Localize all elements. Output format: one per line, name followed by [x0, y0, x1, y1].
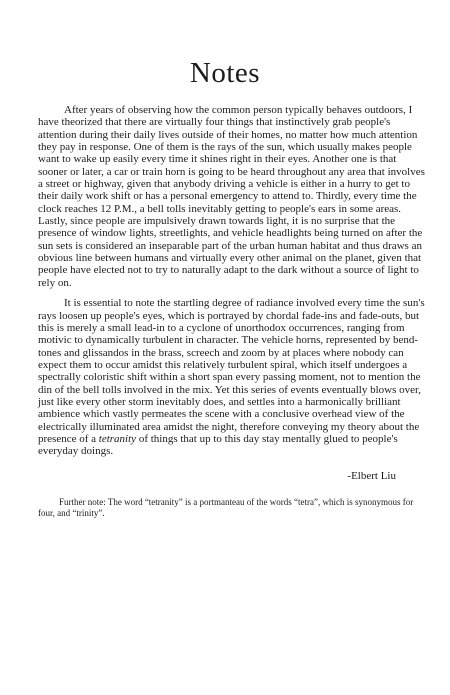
footnote: Further note: The word “tetranity” is a …: [38, 497, 427, 518]
paragraph-2-text-start: It is essential to note the startling de…: [38, 297, 425, 445]
document-body: After years of observing how the common …: [38, 104, 427, 518]
page-title: Notes: [0, 0, 450, 90]
paragraph-1: After years of observing how the common …: [38, 104, 427, 289]
paragraph-2: It is essential to note the startling de…: [38, 297, 427, 457]
paragraph-2-italic-term: tetranity: [99, 433, 136, 445]
author-signature: -Elbert Liu: [38, 470, 427, 482]
document-page: Notes After years of observing how the c…: [0, 0, 450, 695]
